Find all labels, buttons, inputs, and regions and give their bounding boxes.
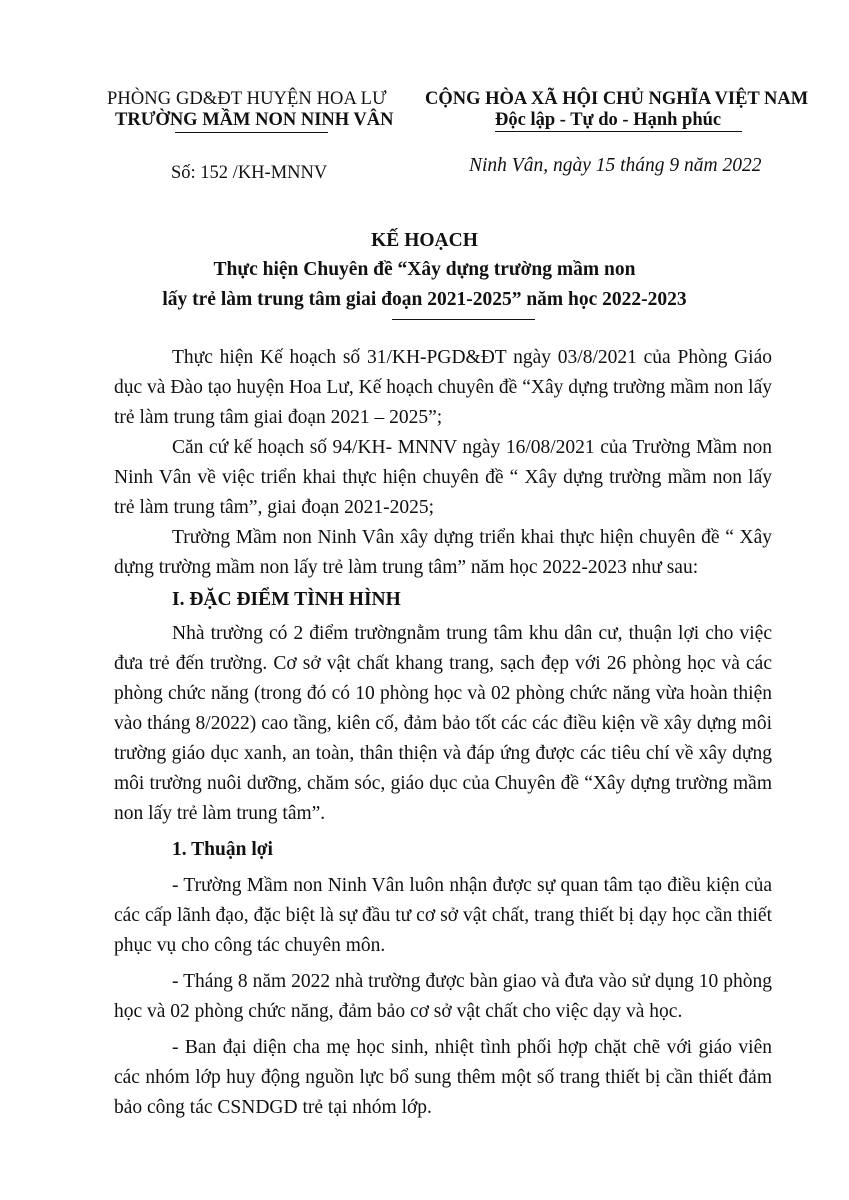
- school-name-underline: [175, 132, 328, 133]
- issuing-agency: PHÒNG GD&ĐT HUYỆN HOA LƯ: [107, 89, 387, 110]
- intro-paragraph-2: Căn cứ kế hoạch số 94/KH- MNNV ngày 16/0…: [114, 433, 772, 523]
- document-body: Thực hiện Kế hoạch số 31/KH-PGD&ĐT ngày …: [114, 343, 772, 1123]
- advantage-item-2: - Tháng 8 năm 2022 nhà trường được bàn g…: [114, 967, 772, 1027]
- national-motto: Độc lập - Tự do - Hạnh phúc: [495, 110, 721, 131]
- intro-paragraph-3: Trường Mầm non Ninh Vân xây dựng triển k…: [114, 523, 772, 583]
- motto-underline: [495, 131, 742, 132]
- subsection-heading-advantages: 1. Thuận lợi: [114, 835, 772, 865]
- advantage-item-1: - Trường Mầm non Ninh Vân luôn nhận được…: [114, 871, 772, 961]
- document-subject-line-2: lấy trẻ làm trung tâm giai đoạn 2021-202…: [0, 289, 849, 311]
- title-divider: [392, 319, 535, 320]
- national-title: CỘNG HÒA XÃ HỘI CHỦ NGHĨA VIỆT NAM: [425, 89, 808, 110]
- advantage-item-3: - Ban đại diện cha mẹ học sinh, nhiệt tì…: [114, 1033, 772, 1123]
- section-1-paragraph: Nhà trường có 2 điểm trườngnằm trung tâm…: [114, 619, 772, 829]
- school-name: TRƯỜNG MẦM NON NINH VÂN: [115, 110, 394, 131]
- intro-paragraph-1: Thực hiện Kế hoạch số 31/KH-PGD&ĐT ngày …: [114, 343, 772, 433]
- section-heading-1: I. ĐẶC ĐIỂM TÌNH HÌNH: [114, 585, 772, 615]
- document-subject-line-1: Thực hiện Chuyên đề “Xây dựng trường mầm…: [0, 259, 849, 281]
- document-type-title: KẾ HOẠCH: [0, 230, 849, 252]
- document-number: Số: 152 /KH-MNNV: [171, 163, 327, 184]
- place-date: Ninh Vân, ngày 15 tháng 9 năm 2022: [469, 155, 762, 177]
